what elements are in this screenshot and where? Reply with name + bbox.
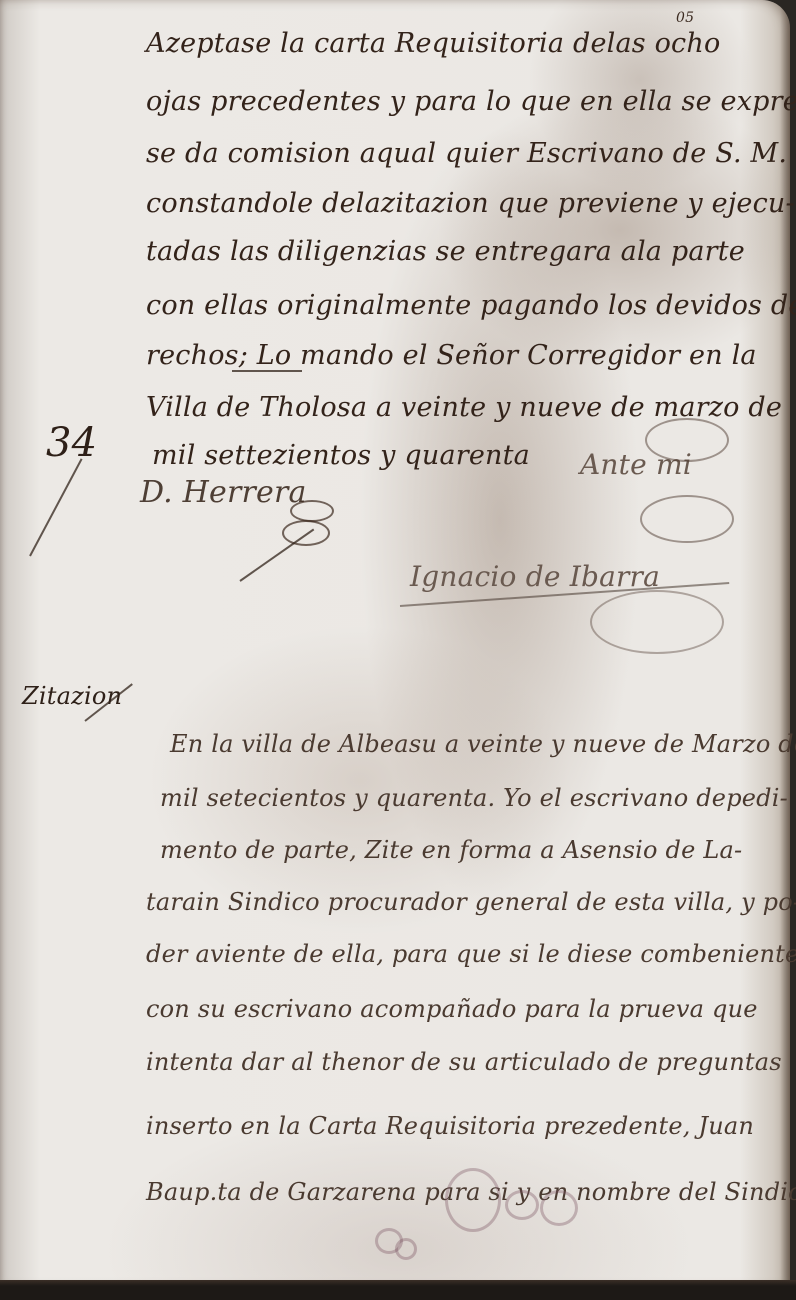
stain-ring-3 bbox=[540, 1190, 578, 1226]
auto-line-2: ojas precedentes y para lo que en ella s… bbox=[146, 86, 796, 117]
stain-ring-2 bbox=[505, 1190, 539, 1220]
auto-line-3: se da comision aqual quier Escrivano de … bbox=[146, 138, 787, 169]
rubric-ignacio-2 bbox=[590, 590, 724, 654]
auto-line-7: rechos; Lo mando el Señor Corregidor en … bbox=[146, 340, 757, 371]
auto-line-5: tadas las diligenzias se entregara ala p… bbox=[146, 236, 745, 267]
auto-line-9: mil settezientos y quarenta bbox=[152, 440, 530, 471]
margin-number: 34 bbox=[46, 420, 97, 466]
stain-ring-5 bbox=[395, 1238, 417, 1260]
signature-ignacio: Ignacio de Ibarra bbox=[410, 560, 660, 593]
rubric-ignacio-1 bbox=[640, 495, 734, 543]
auto-line-1: Azeptase la carta Requisitoria delas och… bbox=[146, 28, 720, 59]
citacion-line-2: mil setecientos y quarenta. Yo el escriv… bbox=[160, 784, 788, 812]
manuscript-page: 05 Azeptase la carta Requisitoria delas … bbox=[0, 0, 790, 1292]
stain-ring-1 bbox=[445, 1168, 501, 1232]
folio-number: 05 bbox=[676, 10, 694, 26]
page-bottom-edge bbox=[0, 1280, 796, 1300]
margin-number-tail bbox=[29, 458, 82, 556]
signature-herrera: D. Herrera bbox=[140, 475, 307, 510]
citacion-line-8: inserto en la Carta Requisitoria prezede… bbox=[146, 1112, 754, 1140]
rubric-herrera-tail bbox=[239, 529, 314, 582]
auto-line-6: con ellas originalmente pagando los devi… bbox=[146, 290, 796, 321]
rubric-ante-mi bbox=[645, 418, 729, 462]
flourish-line bbox=[232, 370, 302, 372]
citacion-line-5: der aviente de ella, para que si le dies… bbox=[146, 940, 796, 968]
citacion-margin-label: Zitazion bbox=[22, 682, 122, 710]
citacion-line-6: con su escrivano acompañado para la prue… bbox=[146, 995, 758, 1023]
citacion-line-4: tarain Sindico procurador general de est… bbox=[146, 888, 796, 916]
citacion-line-3: mento de parte, Zite en forma a Asensio … bbox=[160, 836, 742, 864]
rubric-herrera-1 bbox=[290, 500, 334, 522]
auto-line-4: constandole delazitazion que previene y … bbox=[146, 188, 795, 219]
citacion-line-7: intenta dar al thenor de su articulado d… bbox=[146, 1048, 782, 1076]
citacion-line-1: En la villa de Albeasu a veinte y nueve … bbox=[170, 730, 796, 758]
